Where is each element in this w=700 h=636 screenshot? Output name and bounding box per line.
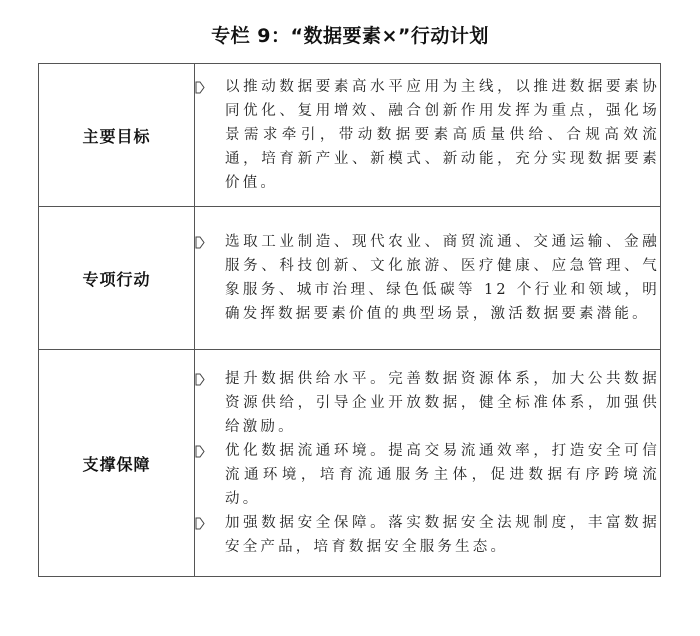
list-item: 提升数据供给水平。完善数据资源体系，加大公共数据资源供给，引导企业开放数据，健全… [195, 367, 660, 439]
list-item-text: 优化数据流通环境。提高交易流通效率，打造安全可信流通环境，培育流通服务主体，促进… [225, 439, 660, 511]
list-item: 加强数据安全保障。落实数据安全法规制度，丰富数据安全产品，培育数据安全服务生态。 [195, 511, 660, 559]
hollow-arrow-right-icon [195, 367, 225, 391]
hollow-arrow-right-icon [195, 230, 225, 254]
table-row-main-goals: 主要目标 以推动数据要素高水平应用为主线，以推进数据要素协同优化、复用增效、融合… [39, 64, 661, 207]
table-row-support-guarantee: 支撑保障 提升数据供给水平。完善数据资源体系，加大公共数据资源供给，引导企业开放… [39, 350, 661, 577]
row-label: 主要目标 [39, 64, 195, 207]
list-item-text: 加强数据安全保障。落实数据安全法规制度，丰富数据安全产品，培育数据安全服务生态。 [225, 511, 660, 559]
row-content: 提升数据供给水平。完善数据资源体系，加大公共数据资源供给，引导企业开放数据，健全… [195, 350, 661, 577]
row-content: 以推动数据要素高水平应用为主线，以推进数据要素协同优化、复用增效、融合创新作用发… [195, 64, 661, 207]
hollow-arrow-right-icon [195, 439, 225, 463]
list-item: 以推动数据要素高水平应用为主线，以推进数据要素协同优化、复用增效、融合创新作用发… [195, 75, 660, 195]
table-row-special-actions: 专项行动 选取工业制造、现代农业、商贸流通、交通运输、金融服务、科技创新、文化旅… [39, 207, 661, 350]
row-label: 专项行动 [39, 207, 195, 350]
list-item-text: 提升数据供给水平。完善数据资源体系，加大公共数据资源供给，引导企业开放数据，健全… [225, 367, 660, 439]
hollow-arrow-right-icon [195, 75, 225, 99]
row-label: 支撑保障 [39, 350, 195, 577]
page-title: 专栏 9：“数据要素×”行动计划 [0, 21, 700, 48]
list-item-text: 以推动数据要素高水平应用为主线，以推进数据要素协同优化、复用增效、融合创新作用发… [225, 75, 660, 195]
list-item-text: 选取工业制造、现代农业、商贸流通、交通运输、金融服务、科技创新、文化旅游、医疗健… [225, 230, 660, 326]
action-plan-table: 主要目标 以推动数据要素高水平应用为主线，以推进数据要素协同优化、复用增效、融合… [38, 63, 661, 577]
row-content: 选取工业制造、现代农业、商贸流通、交通运输、金融服务、科技创新、文化旅游、医疗健… [195, 207, 661, 350]
list-item: 优化数据流通环境。提高交易流通效率，打造安全可信流通环境，培育流通服务主体，促进… [195, 439, 660, 511]
hollow-arrow-right-icon [195, 511, 225, 535]
list-item: 选取工业制造、现代农业、商贸流通、交通运输、金融服务、科技创新、文化旅游、医疗健… [195, 230, 660, 326]
